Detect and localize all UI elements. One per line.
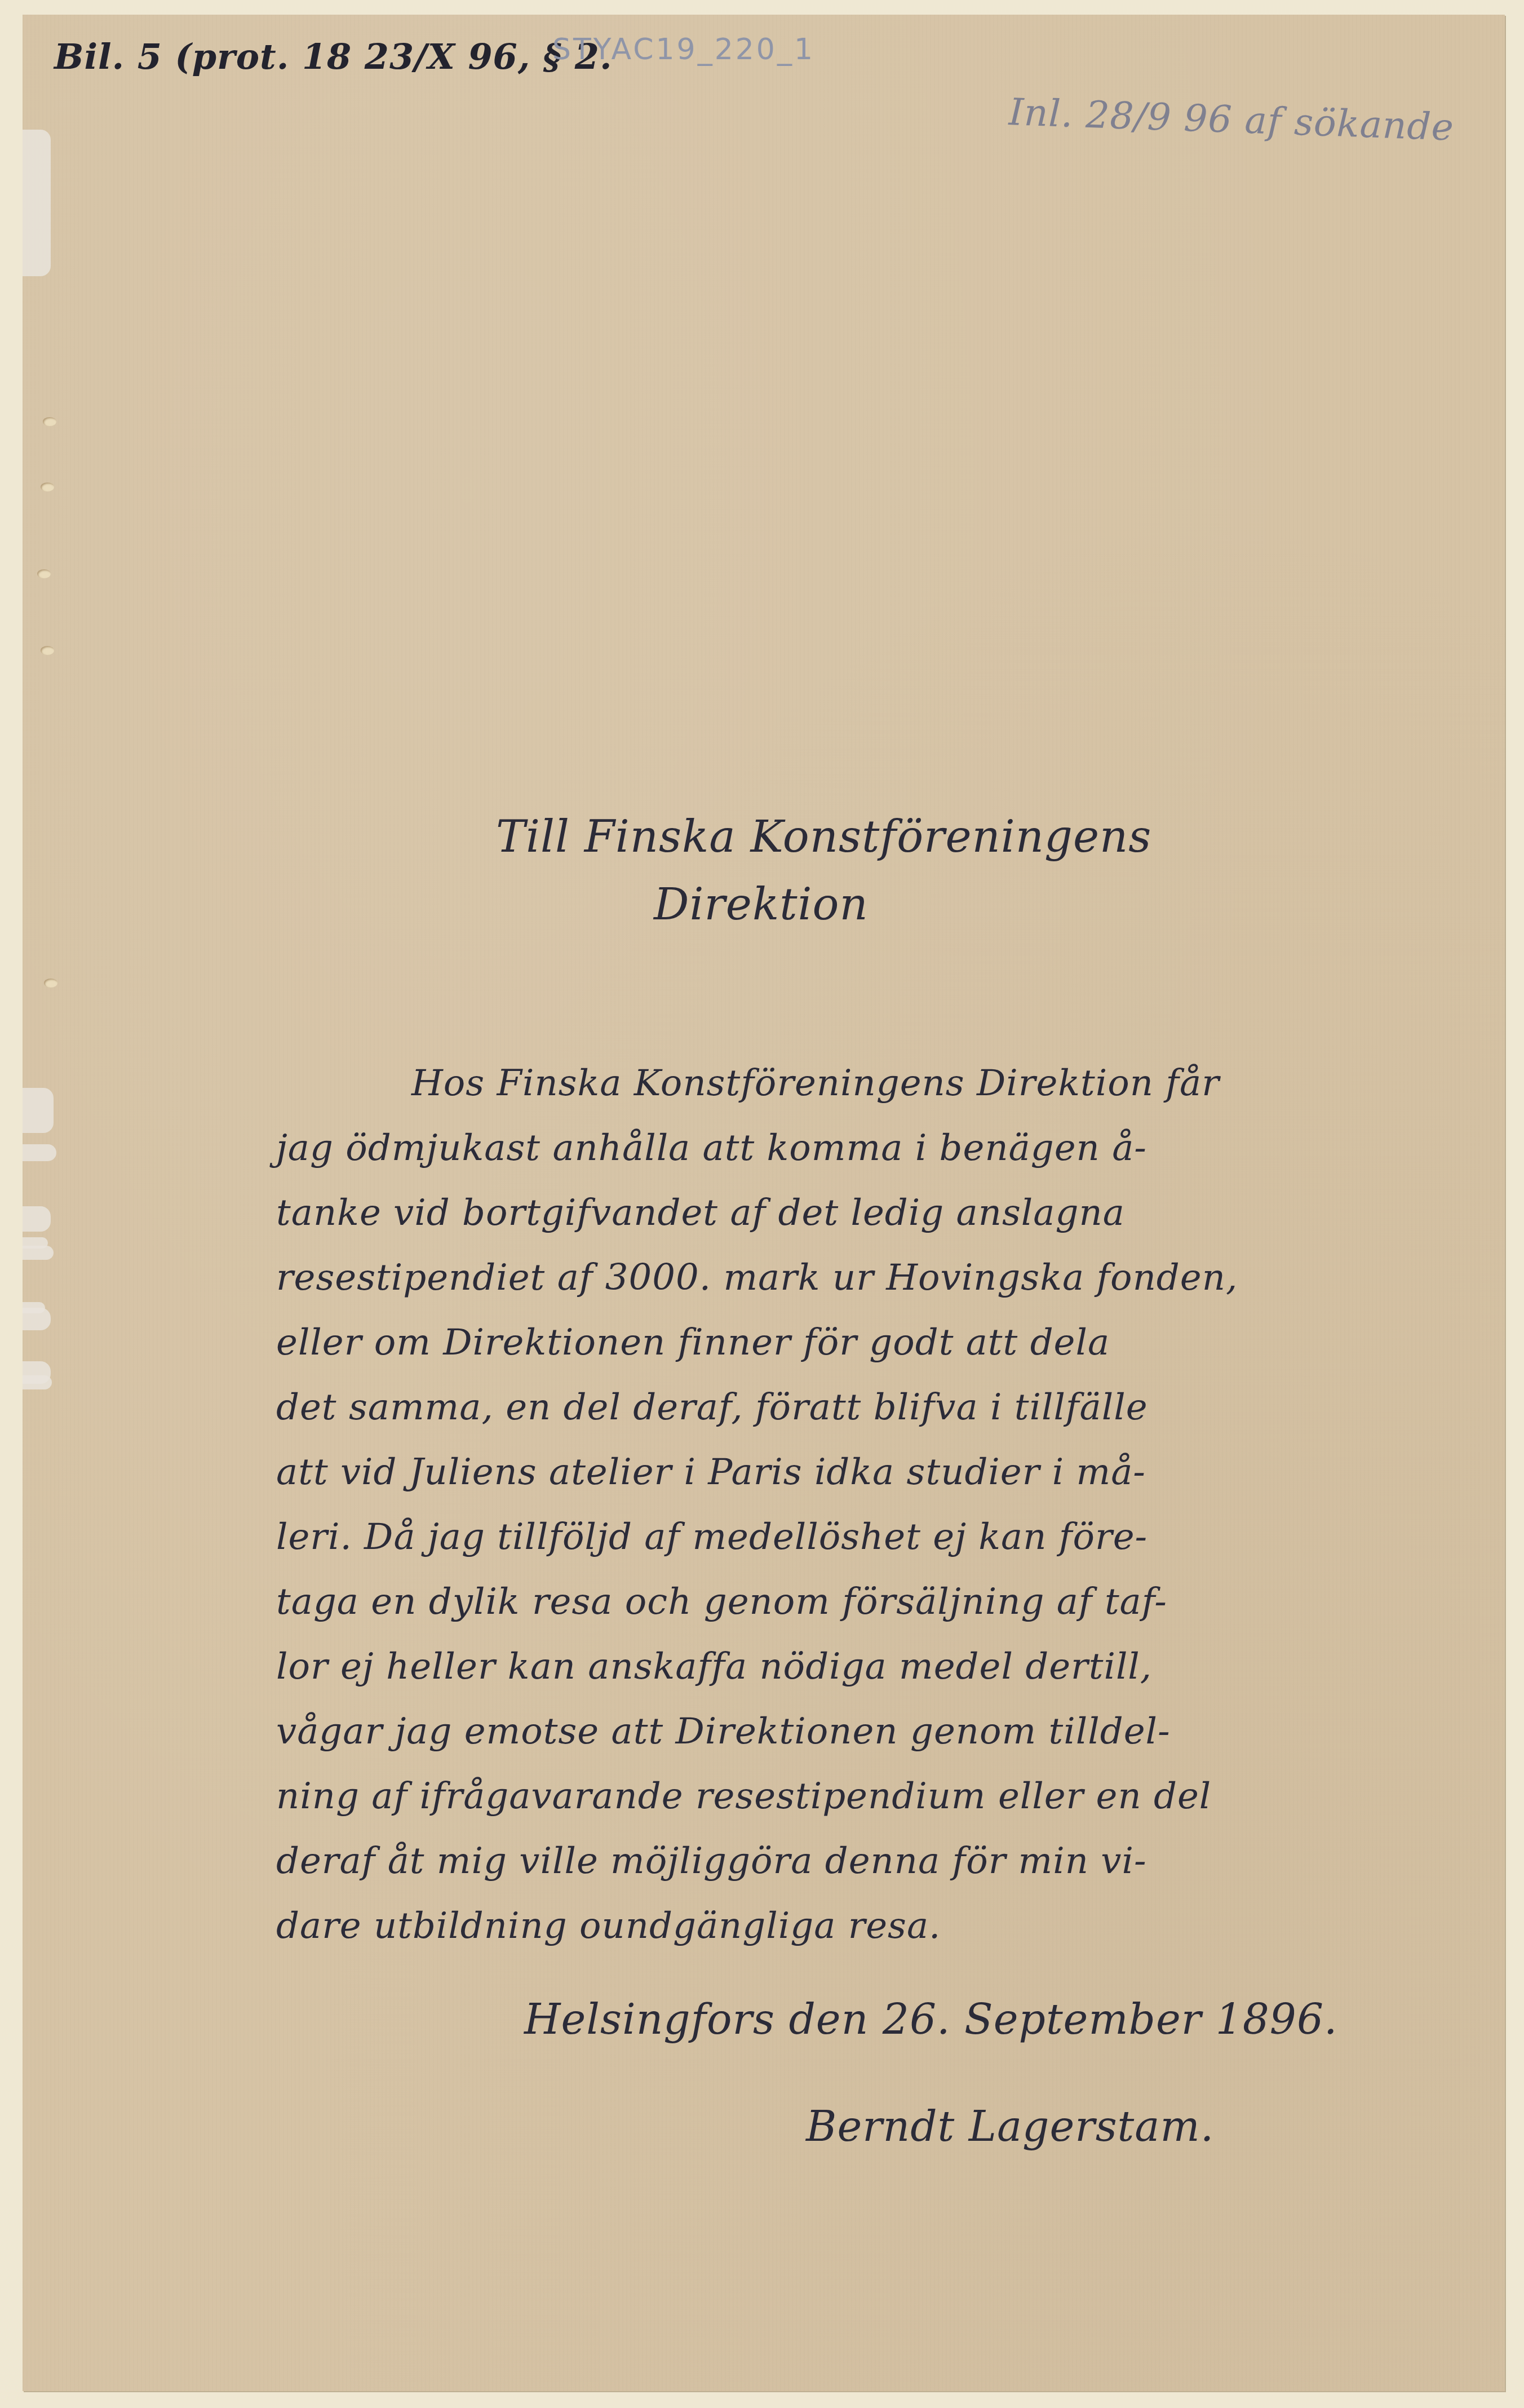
body-line: Hos Finska Konstföreningens Direktion få…	[411, 1063, 1220, 1104]
torn-edge-repair	[23, 1375, 52, 1389]
body-line: tanke vid bortgifvandet af det ledig ans…	[276, 1192, 1125, 1234]
torn-edge-repair	[23, 1144, 56, 1161]
place-and-date: Helsingfors den 26. September 1896.	[524, 1995, 1338, 2044]
body-line: taga en dylik resa och genom försäljning…	[276, 1581, 1167, 1623]
torn-edge-repair	[23, 1088, 54, 1133]
torn-edge-repair	[23, 1246, 54, 1260]
body-line: det samma, en del deraf, föratt blifva i…	[276, 1387, 1148, 1428]
binding-hole	[37, 569, 51, 578]
addressee-line-2: Direktion	[654, 879, 869, 930]
body-line: resestipendiet af 3000. mark ur Hovingsk…	[276, 1257, 1238, 1299]
body-line: deraf åt mig ville möjliggöra denna för …	[276, 1840, 1147, 1882]
archive-id-stamp: STYAC19_220_1	[552, 33, 815, 67]
body-line: lor ej heller kan anskaffa nödiga medel …	[276, 1646, 1152, 1688]
body-line: leri. Då jag tillföljd af medellöshet ej…	[276, 1516, 1148, 1558]
body-line: eller om Direktionen finner för godt att…	[276, 1322, 1110, 1364]
body-line: dare utbildning oundgängliga resa.	[276, 1905, 941, 1947]
binding-hole	[44, 979, 57, 988]
body-line: ning af ifrågavarande resestipendium ell…	[276, 1776, 1211, 1817]
body-line: jag ödmjukast anhålla att komma i benäge…	[276, 1127, 1147, 1169]
body-line: vågar jag emotse att Direktionen genom t…	[276, 1711, 1171, 1752]
binding-hole	[41, 646, 54, 655]
addressee-line-1: Till Finska Konstföreningens	[496, 812, 1151, 862]
signature: Berndt Lagerstam.	[806, 2102, 1214, 2151]
binding-hole	[43, 417, 56, 426]
body-line: att vid Juliens atelier i Paris idka stu…	[276, 1451, 1146, 1493]
binding-hole	[41, 483, 54, 492]
torn-edge-repair	[23, 1206, 51, 1232]
torn-edge-repair	[23, 130, 51, 276]
reference-note: Bil. 5 (prot. 18 23/X 96, § 2.	[54, 36, 613, 77]
torn-edge-repair	[23, 1308, 51, 1330]
